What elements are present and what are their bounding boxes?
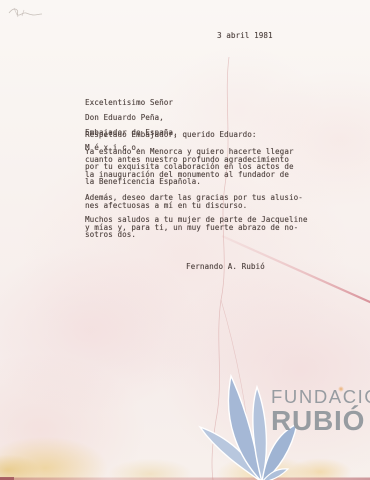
logo-text-rubio: RUBIÓ bbox=[271, 407, 370, 435]
pencil-annotation bbox=[9, 8, 42, 17]
letter-paragraph: Además, deseo darte las gracias por tus … bbox=[85, 194, 303, 209]
signature: Fernando A. Rubió bbox=[186, 263, 265, 271]
fundacio-rubio-logo: FUNDACIÓ RUBIÓ bbox=[190, 365, 370, 480]
recipient-line: Don Eduardo Peña, bbox=[85, 114, 178, 122]
scanned-letter-page: 3 abril 1981 Excelentisimo Señor Don Edu… bbox=[0, 0, 370, 480]
logo-text: FUNDACIÓ RUBIÓ bbox=[271, 388, 370, 435]
letter-date: 3 abril 1981 bbox=[217, 32, 273, 40]
letter-paragraph: Muchos saludos a tu mujer de parte de Ja… bbox=[85, 216, 308, 239]
salutation: Respetado Embajador, querido Eduardo: bbox=[85, 131, 257, 139]
letter-paragraph: Ya estando en Menorca y quiero hacerte l… bbox=[85, 148, 294, 186]
logo-text-fundacio: FUNDACIÓ bbox=[271, 388, 370, 407]
recipient-line: Excelentisimo Señor bbox=[85, 99, 178, 107]
